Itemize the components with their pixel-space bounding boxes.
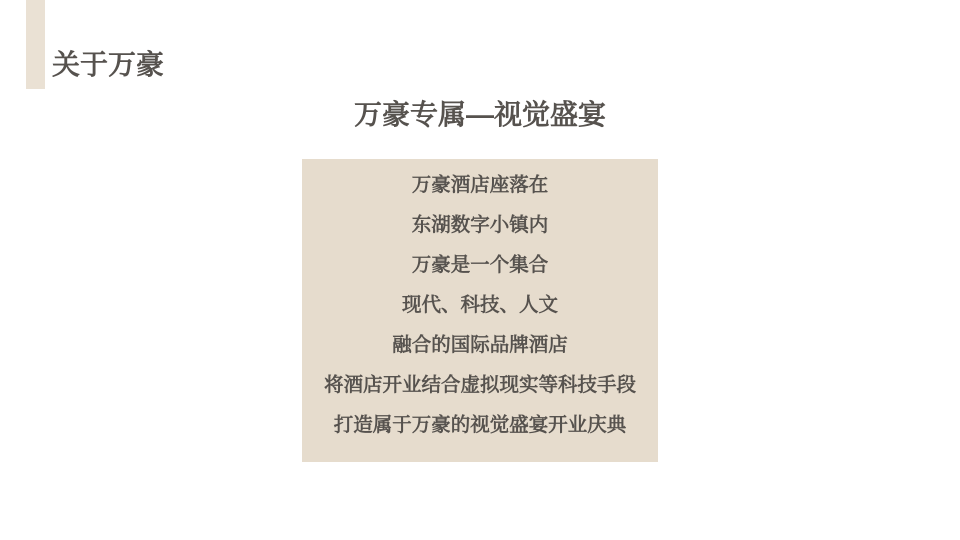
slide-canvas: 关于万豪 万豪专属—视觉盛宴 万豪酒店座落在东湖数字小镇内万豪是一个集合现代、科… (0, 0, 960, 540)
content-line: 万豪是一个集合 (302, 245, 658, 285)
content-line: 将酒店开业结合虚拟现实等科技手段 (302, 365, 658, 405)
slide-title: 万豪专属—视觉盛宴 (0, 96, 960, 134)
left-accent-bar (26, 0, 45, 89)
section-title: 关于万豪 (52, 48, 164, 82)
content-box: 万豪酒店座落在东湖数字小镇内万豪是一个集合现代、科技、人文融合的国际品牌酒店将酒… (302, 159, 658, 462)
content-line: 融合的国际品牌酒店 (302, 325, 658, 365)
content-line: 万豪酒店座落在 (302, 165, 658, 205)
content-line: 打造属于万豪的视觉盛宴开业庆典 (302, 405, 658, 445)
content-line: 东湖数字小镇内 (302, 205, 658, 245)
content-line: 现代、科技、人文 (302, 285, 658, 325)
